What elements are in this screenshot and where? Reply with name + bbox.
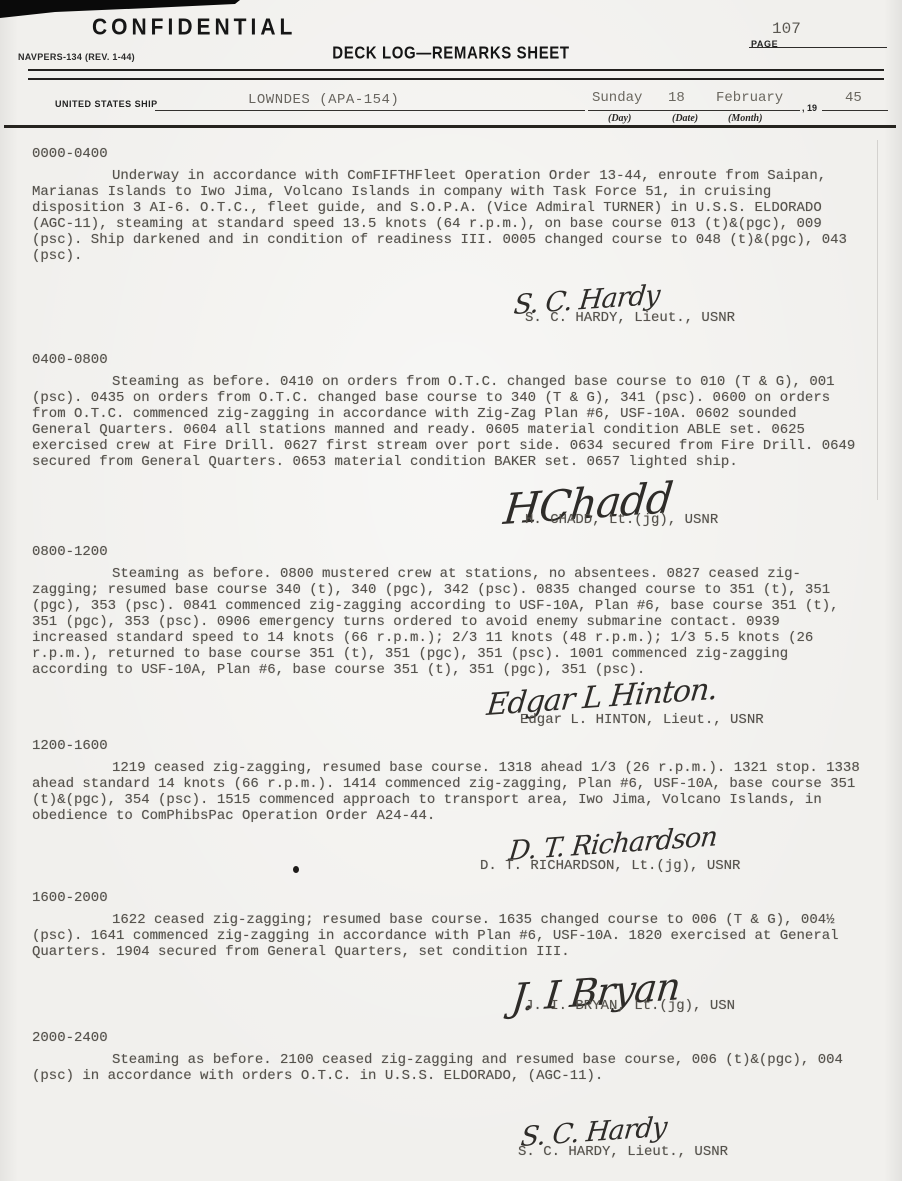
year-value: 45	[845, 90, 862, 106]
log-entry-text: 1622 ceased zig-zagging; resumed base co…	[32, 912, 862, 960]
month-value: February	[716, 90, 783, 106]
signature-block: HChadd H. CHADD, Lt.(jg), USNR	[525, 470, 862, 530]
header-rule	[4, 125, 896, 128]
date-label: (Date)	[672, 113, 698, 124]
log-entry-text: Steaming as before. 2100 ceased zig-zagg…	[32, 1052, 862, 1084]
typed-signature: Edgar L. HINTON, Lieut., USNR	[520, 712, 764, 728]
year-prefix: , 19	[802, 103, 817, 113]
log-section-0000-0400: 0000-0400 Underway in accordance with Co…	[32, 146, 862, 328]
typed-signature: S. C. HARDY, Lieut., USNR	[525, 310, 735, 326]
signature-block: D. T. Richardson D. T. RICHARDSON, Lt.(j…	[480, 826, 862, 876]
handwritten-signature: Edgar L Hinton.	[486, 682, 718, 714]
date-value: 18	[668, 90, 685, 106]
log-section-0400-0800: 0400-0800 Steaming as before. 0410 on or…	[32, 352, 862, 530]
signature-block: Edgar L Hinton. Edgar L. HINTON, Lieut.,…	[520, 678, 862, 730]
day-label: (Day)	[608, 113, 631, 124]
ship-underline	[155, 110, 585, 111]
handwritten-signature: D. T. Richardson	[508, 829, 718, 860]
log-section-1200-1600: 1200-1600 1219 ceased zig-zagging, resum…	[32, 738, 862, 876]
handwritten-signature: S. C. Hardy	[520, 1120, 667, 1146]
typed-signature: S. C. HARDY, Lieut., USNR	[518, 1144, 728, 1160]
time-range-heading: 0000-0400	[32, 146, 862, 162]
signature-block: S. C. Hardy S. C. HARDY, Lieut., USNR	[525, 272, 862, 328]
sheet-title: DECK LOG—REMARKS SHEET	[0, 44, 902, 64]
date-underline	[588, 110, 800, 111]
year-underline	[822, 110, 888, 111]
ship-label: UNITED STATES SHIP	[55, 99, 158, 109]
log-entry-text: Steaming as before. 0800 mustered crew a…	[32, 566, 862, 678]
signature-block: S. C. Hardy S. C. HARDY, Lieut., USNR	[518, 1110, 862, 1162]
deck-log-page: CONFIDENTIAL 107 PAGE NAVPERS-134 (REV. …	[0, 0, 902, 1181]
time-range-heading: 0800-1200	[32, 544, 862, 560]
scan-line	[877, 140, 878, 500]
log-section-0800-1200: 0800-1200 Steaming as before. 0800 muste…	[32, 544, 862, 730]
log-entry-text: Steaming as before. 0410 on orders from …	[32, 374, 862, 470]
ship-name: LOWNDES (APA-154)	[248, 92, 399, 108]
time-range-heading: 0400-0800	[32, 352, 862, 368]
month-label: (Month)	[728, 113, 762, 124]
time-range-heading: 1600-2000	[32, 890, 862, 906]
typed-signature: J. I. BRYAN, Lt.(jg), USN	[525, 998, 735, 1014]
log-entry-text: 1219 ceased zig-zagging, resumed base co…	[32, 760, 862, 824]
day-value: Sunday	[592, 90, 642, 106]
typed-signature: H. CHADD, Lt.(jg), USNR	[525, 512, 718, 528]
log-body: 0000-0400 Underway in accordance with Co…	[32, 146, 862, 1162]
log-entry-text: Underway in accordance with ComFIFTHFlee…	[32, 168, 862, 264]
double-rule	[28, 69, 884, 80]
time-range-heading: 2000-2400	[32, 1030, 862, 1046]
log-section-2000-2400: 2000-2400 Steaming as before. 2100 cease…	[32, 1030, 862, 1162]
signature-block: J. I Bryan J. I. BRYAN, Lt.(jg), USN	[525, 960, 862, 1016]
classification-stamp: CONFIDENTIAL	[92, 15, 296, 41]
typed-signature: D. T. RICHARDSON, Lt.(jg), USNR	[480, 858, 740, 874]
time-range-heading: 1200-1600	[32, 738, 862, 754]
page-number: 107	[772, 20, 801, 38]
log-section-1600-2000: 1600-2000 1622 ceased zig-zagging; resum…	[32, 890, 862, 1016]
